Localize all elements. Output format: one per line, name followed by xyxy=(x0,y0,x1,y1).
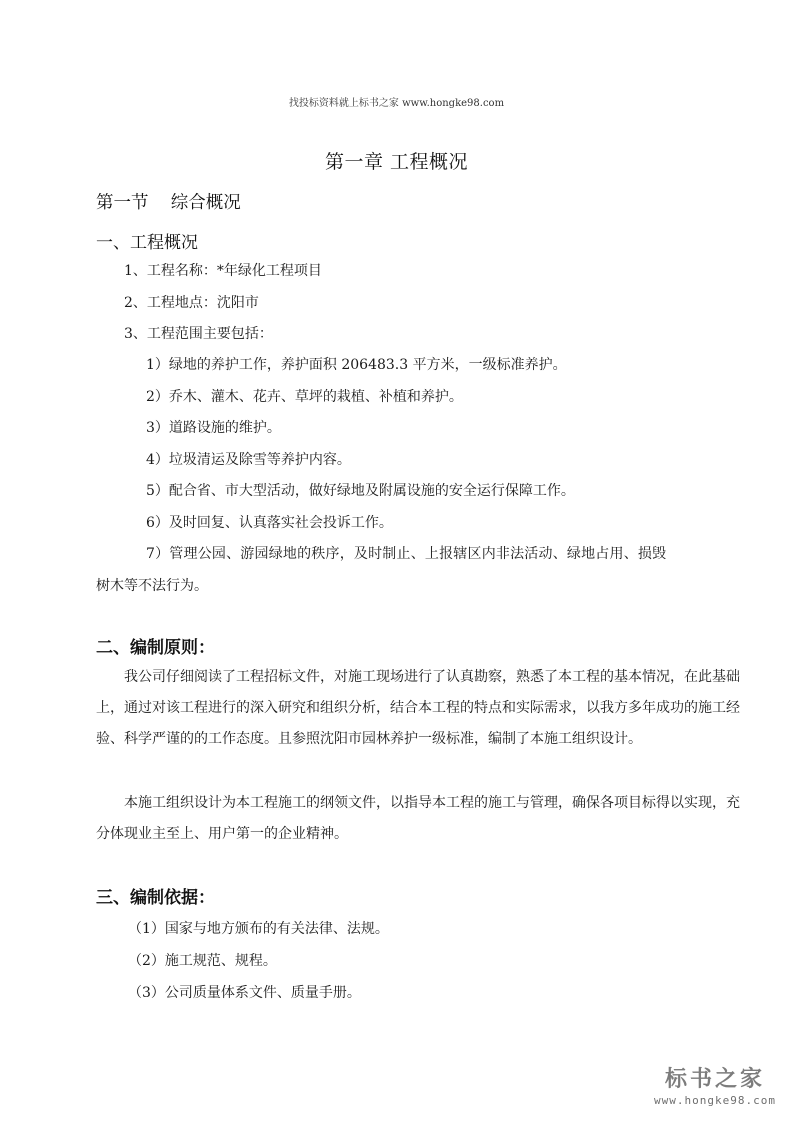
section-title: 第一节 综合概况 xyxy=(96,189,241,214)
document-page: 找投标资料就上标书之家 www.hongke98.com 第一章 工程概况 第一… xyxy=(0,0,793,1122)
scope-item-1: 1）绿地的养护工作，养护面积 206483.3 平方米，一级标准养护。 xyxy=(146,356,567,374)
part3-heading: 三、编制依据： xyxy=(96,883,215,908)
scope-item-7-line2: 树木等不法行为。 xyxy=(96,577,208,595)
scope-item-4: 4）垃圾清运及除雪等养护内容。 xyxy=(146,451,351,469)
basis-item-3: （3）公司质量体系文件、质量手册。 xyxy=(128,984,361,1002)
principle-paragraph-2: 本施工组织设计为本工程施工的纲领文件，以指导本工程的施工与管理，确保各项目标得以… xyxy=(96,788,740,850)
scope-item-5: 5）配合省、市大型活动，做好绿地及附属设施的安全运行保障工作。 xyxy=(146,482,575,500)
project-location: 2、工程地点：沈阳市 xyxy=(124,294,259,312)
part2-heading: 二、编制原则： xyxy=(96,633,215,658)
watermark-logo-text: 标书之家 xyxy=(650,1068,780,1092)
project-name: 1、工程名称：*年绿化工程项目 xyxy=(124,262,322,280)
scope-item-7-line1: 7）管理公园、游园绿地的秩序，及时制止、上报辖区内非法活动、绿地占用、损毁 xyxy=(146,545,666,563)
watermark-logo: 标书之家 www.hongke98.com xyxy=(650,1068,780,1107)
watermark-url: www.hongke98.com xyxy=(650,1094,780,1107)
header-note: 找投标资料就上标书之家 www.hongke98.com xyxy=(0,94,793,109)
scope-item-2: 2）乔木、灌木、花卉、草坪的栽植、补植和养护。 xyxy=(146,388,463,406)
scope-item-3: 3）道路设施的维护。 xyxy=(146,419,281,437)
basis-item-2: （2）施工规范、规程。 xyxy=(128,952,277,970)
scope-item-6: 6）及时回复、认真落实社会投诉工作。 xyxy=(146,514,393,532)
project-scope-label: 3、工程范围主要包括： xyxy=(124,325,273,343)
part1-heading: 一、工程概况 xyxy=(96,228,198,253)
chapter-title: 第一章 工程概况 xyxy=(0,147,793,174)
basis-item-1: （1）国家与地方颁布的有关法律、法规。 xyxy=(128,920,389,938)
principle-paragraph-1: 我公司仔细阅读了工程招标文件，对施工现场进行了认真勘察，熟悉了本工程的基本情况，… xyxy=(96,662,740,755)
